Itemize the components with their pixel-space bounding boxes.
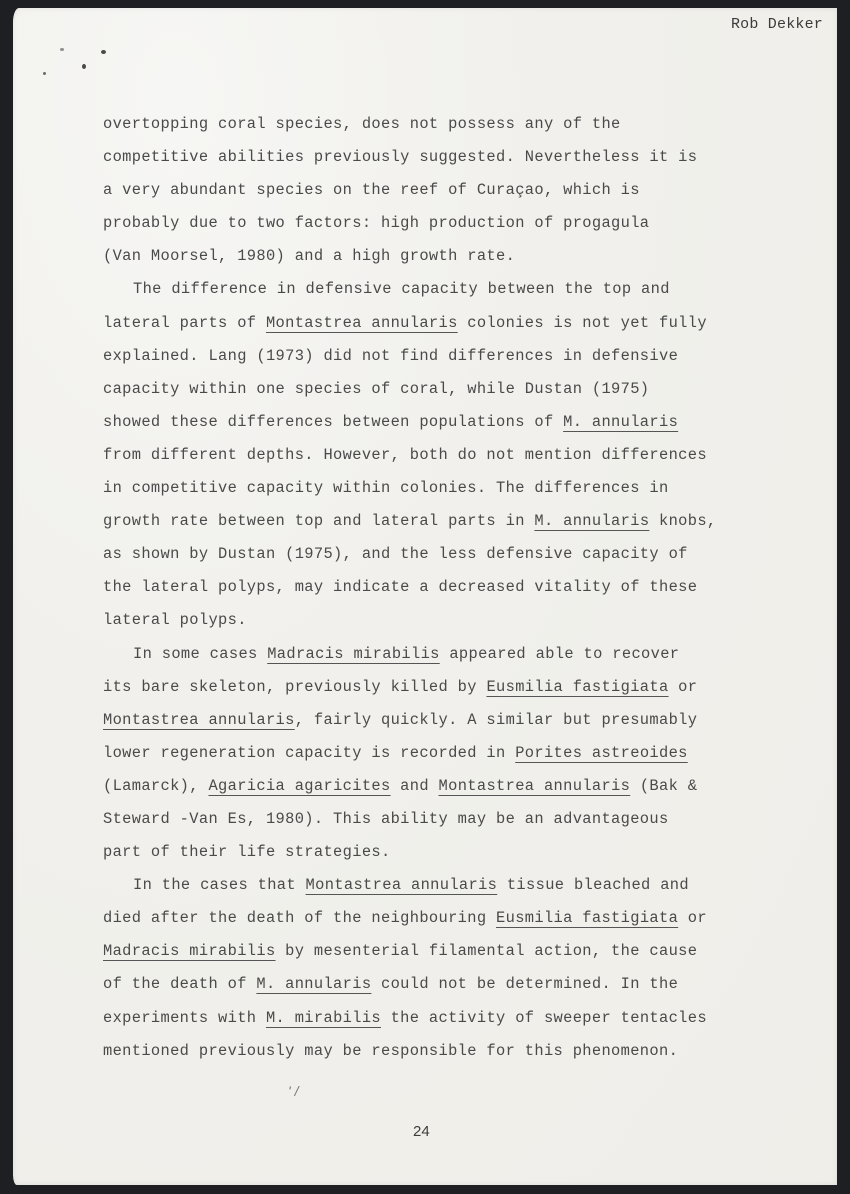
- text-line: Madracis mirabilis by mesenterial filame…: [103, 935, 803, 968]
- text-line: Steward -Van Es, 1980). This ability may…: [103, 803, 803, 836]
- text-segment: by mesenterial filamental action, the ca…: [276, 942, 698, 960]
- species-name: Porites astreoides: [515, 744, 688, 762]
- document-page: Rob Dekker overtopping coral species, do…: [13, 8, 837, 1185]
- text-segment: from different depths. However, both do …: [103, 446, 707, 464]
- text-line: in competitive capacity within colonies.…: [103, 472, 803, 505]
- species-name: M. annularis: [534, 512, 649, 530]
- text-segment: colonies is not yet fully: [458, 314, 707, 332]
- text-line: as shown by Dustan (1975), and the less …: [103, 538, 803, 571]
- text-segment: appeared able to recover: [440, 645, 680, 663]
- text-segment: probably due to two factors: high produc…: [103, 214, 649, 232]
- text-line: overtopping coral species, does not poss…: [103, 108, 803, 141]
- text-line: showed these differences between populat…: [103, 406, 803, 439]
- text-line: lateral parts of Montastrea annularis co…: [103, 307, 803, 340]
- paragraph: overtopping coral species, does not poss…: [103, 108, 803, 273]
- text-line: The difference in defensive capacity bet…: [103, 273, 803, 306]
- species-name: Madracis mirabilis: [103, 942, 276, 960]
- text-segment: or: [678, 909, 707, 927]
- text-segment: experiments with: [103, 1009, 266, 1027]
- stray-pencil-marks: ' /: [288, 1083, 298, 1099]
- text-segment: as shown by Dustan (1975), and the less …: [103, 545, 688, 563]
- text-segment: (Lamarck),: [103, 777, 208, 795]
- text-segment: of the death of: [103, 975, 256, 993]
- text-line: capacity within one species of coral, wh…: [103, 373, 803, 406]
- punch-hole-mark: [43, 72, 46, 75]
- author-name: Rob Dekker: [731, 16, 823, 33]
- text-line: its bare skeleton, previously killed by …: [103, 671, 803, 704]
- text-line: probably due to two factors: high produc…: [103, 207, 803, 240]
- text-line: lateral polyps.: [103, 604, 803, 637]
- species-name: Eusmilia fastigiata: [486, 678, 668, 696]
- text-segment: (Van Moorsel, 1980) and a high growth ra…: [103, 247, 515, 265]
- species-name: Montastrea annularis: [103, 711, 295, 729]
- text-line: explained. Lang (1973) did not find diff…: [103, 340, 803, 373]
- text-line: Montastrea annularis, fairly quickly. A …: [103, 704, 803, 737]
- text-line: the lateral polyps, may indicate a decre…: [103, 571, 803, 604]
- text-line: competitive abilities previously suggest…: [103, 141, 803, 174]
- species-name: Montastrea annularis: [306, 876, 498, 894]
- species-name: Agaricia agaricites: [208, 777, 390, 795]
- text-segment: could not be determined. In the: [371, 975, 678, 993]
- text-segment: In some cases: [133, 645, 267, 663]
- text-segment: knobs,: [649, 512, 716, 530]
- species-name: Montastrea annularis: [439, 777, 631, 795]
- species-name: M. annularis: [563, 413, 678, 431]
- text-line: (Van Moorsel, 1980) and a high growth ra…: [103, 240, 803, 273]
- text-segment: its bare skeleton, previously killed by: [103, 678, 486, 696]
- species-name: M. annularis: [256, 975, 371, 993]
- text-line: from different depths. However, both do …: [103, 439, 803, 472]
- text-line: mentioned previously may be responsible …: [103, 1035, 803, 1068]
- text-segment: Steward -Van Es, 1980). This ability may…: [103, 810, 669, 828]
- text-line: growth rate between top and lateral part…: [103, 505, 803, 538]
- text-segment: lateral parts of: [103, 314, 266, 332]
- species-name: M. mirabilis: [266, 1009, 381, 1027]
- text-line: died after the death of the neighbouring…: [103, 902, 803, 935]
- text-segment: capacity within one species of coral, wh…: [103, 380, 649, 398]
- text-segment: (Bak &: [630, 777, 697, 795]
- text-segment: or: [669, 678, 698, 696]
- text-segment: the activity of sweeper tentacles: [381, 1009, 707, 1027]
- text-segment: tissue bleached and: [497, 876, 689, 894]
- species-name: Eusmilia fastigiata: [496, 909, 678, 927]
- paragraph: In the cases that Montastrea annularis t…: [103, 869, 803, 1068]
- text-line: In some cases Madracis mirabilis appeare…: [103, 638, 803, 671]
- text-line: (Lamarck), Agaricia agaricites and Monta…: [103, 770, 803, 803]
- species-name: Madracis mirabilis: [267, 645, 440, 663]
- species-name: Montastrea annularis: [266, 314, 458, 332]
- text-segment: lower regeneration capacity is recorded …: [103, 744, 515, 762]
- text-segment: mentioned previously may be responsible …: [103, 1042, 678, 1060]
- text-segment: showed these differences between populat…: [103, 413, 563, 431]
- text-segment: overtopping coral species, does not poss…: [103, 115, 621, 133]
- text-segment: died after the death of the neighbouring: [103, 909, 496, 927]
- text-segment: part of their life strategies.: [103, 843, 391, 861]
- text-line: experiments with M. mirabilis the activi…: [103, 1002, 803, 1035]
- text-segment: The difference in defensive capacity bet…: [133, 280, 670, 298]
- text-line: In the cases that Montastrea annularis t…: [103, 869, 803, 902]
- punch-hole-mark: [60, 48, 64, 51]
- text-segment: growth rate between top and lateral part…: [103, 512, 534, 530]
- paragraph: In some cases Madracis mirabilis appeare…: [103, 638, 803, 870]
- text-segment: lateral polyps.: [103, 611, 247, 629]
- text-line: of the death of M. annularis could not b…: [103, 968, 803, 1001]
- page-number: 24: [413, 1123, 430, 1140]
- text-segment: a very abundant species on the reef of C…: [103, 181, 640, 199]
- text-segment: in competitive capacity within colonies.…: [103, 479, 669, 497]
- text-segment: explained. Lang (1973) did not find diff…: [103, 347, 678, 365]
- text-segment: competitive abilities previously suggest…: [103, 148, 697, 166]
- punch-hole-mark: [82, 64, 86, 69]
- body-text: overtopping coral species, does not poss…: [103, 108, 803, 1068]
- text-segment: In the cases that: [133, 876, 306, 894]
- paragraph: The difference in defensive capacity bet…: [103, 273, 803, 637]
- text-segment: the lateral polyps, may indicate a decre…: [103, 578, 697, 596]
- text-line: a very abundant species on the reef of C…: [103, 174, 803, 207]
- text-segment: , fairly quickly. A similar but presumab…: [295, 711, 698, 729]
- text-line: part of their life strategies.: [103, 836, 803, 869]
- text-segment: and: [391, 777, 439, 795]
- text-line: lower regeneration capacity is recorded …: [103, 737, 803, 770]
- punch-hole-mark: [101, 50, 106, 54]
